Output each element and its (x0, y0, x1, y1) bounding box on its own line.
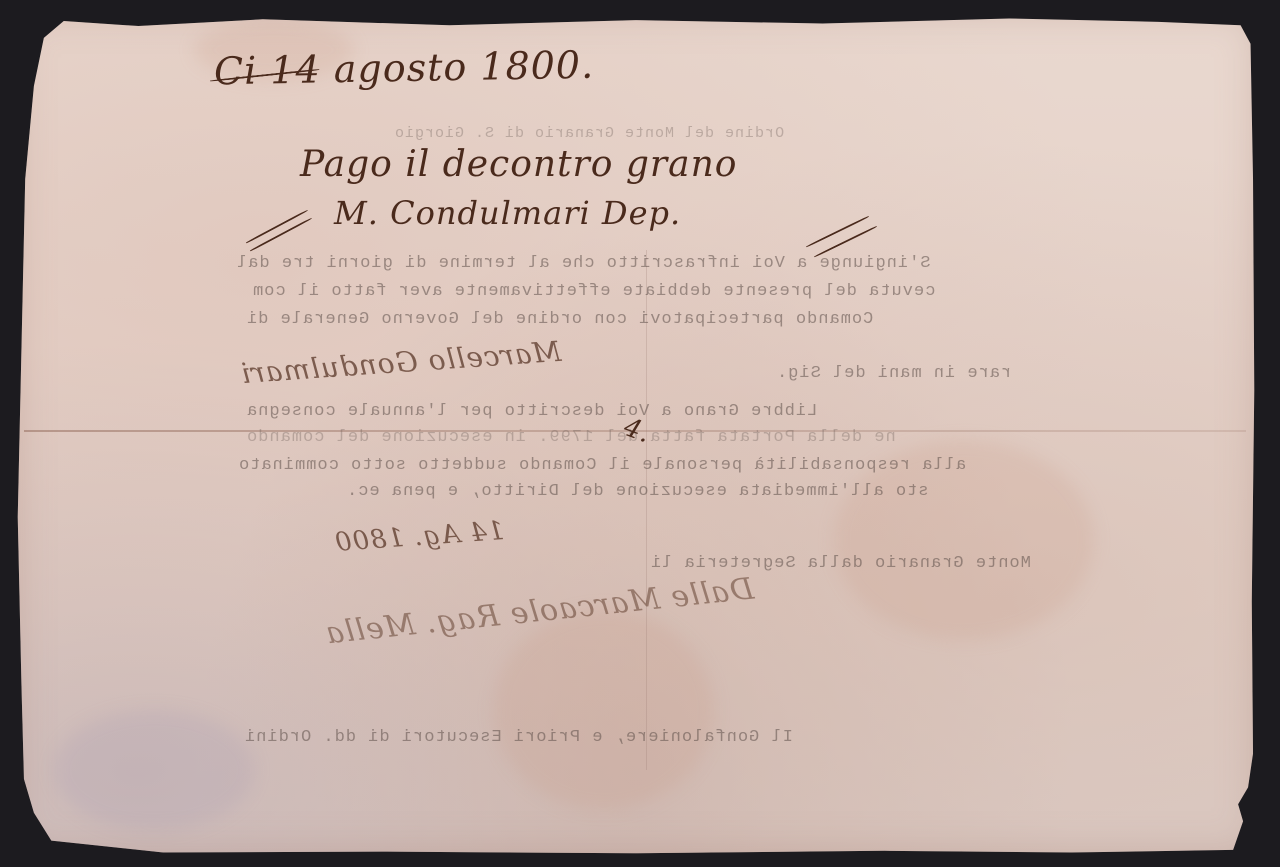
flourish-stroke (246, 209, 309, 244)
handwritten-signature-mirrored: Marcello Gondulmari (239, 335, 562, 390)
printed-line: rare in mani del Sig. (776, 364, 1011, 383)
printed-header-showthrough: Ordine del Monte Granario di S. Giorgio (394, 125, 784, 142)
paper-sheet: Ordine del Monte Granario di S. Giorgio … (14, 10, 1258, 855)
printed-line: cevuta del presente debbiate effettivame… (252, 282, 935, 301)
handwritten-date-lower-mirrored: 14 Ag. 1800 (333, 516, 505, 558)
scanned-document: Ordine del Monte Granario di S. Giorgio … (0, 0, 1280, 867)
handwritten-payment-line-1: Pago il decontro grano (300, 144, 737, 185)
printed-line: S'ingiunge a Voi infrascritto che al ter… (236, 254, 931, 273)
printed-line: Libbre Grano a Voi descritto per l'annua… (246, 402, 817, 421)
printed-line: ne della Portata fatta del 1799. in esec… (246, 428, 896, 447)
printed-line: alla responsabilità personale il Comando… (238, 456, 966, 475)
printed-line: Comando partecipatovi con ordine del Gov… (246, 310, 873, 329)
printed-line: Monte Granario dalla Segreteria li (650, 554, 1031, 573)
printed-line: sto all'immediata esecuzione del Diritto… (346, 482, 929, 501)
stain (494, 610, 714, 810)
handwritten-payment-line-2: M. Condulmari Dep. (334, 194, 681, 232)
handwritten-date-line: Ci 14 agosto 1800. (214, 43, 595, 94)
printed-footer-showthrough: Il Gonfaloniere, e Priori Esecutori di d… (244, 728, 793, 747)
stain (54, 710, 254, 830)
